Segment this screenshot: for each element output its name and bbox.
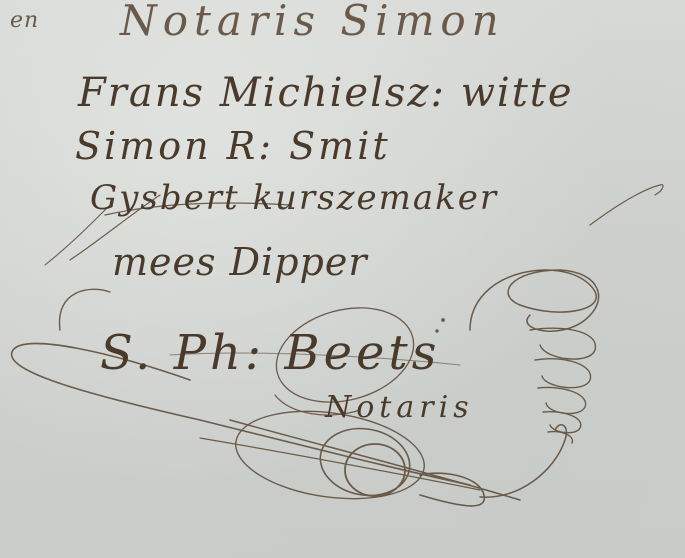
notary-signature: S. Ph: Beets [100, 325, 440, 381]
document-page: en Notaris Simon Frans Michielsz: witte … [0, 0, 685, 558]
signature-frans-michielsz: Frans Michielsz: witte [78, 70, 574, 116]
signature-gysbert: Gysbert kurszemaker [90, 178, 498, 218]
notary-title: Notaris [325, 390, 474, 425]
header-prefix: en [10, 8, 39, 33]
signature-simon-smit: Simon R: Smit [75, 124, 391, 168]
header-line: Notaris Simon [120, 0, 505, 45]
signature-mees-dipper: mees Dipper [112, 240, 368, 284]
